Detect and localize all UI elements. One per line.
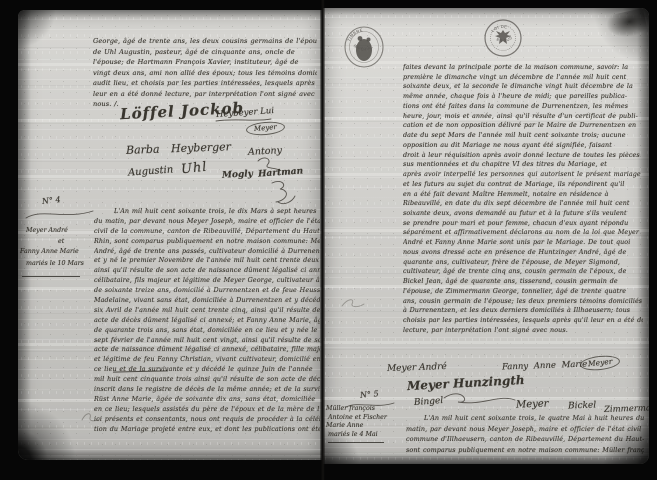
text-line: commune d'Illhaeusern, canton de Ribeauv… [406, 434, 644, 445]
text-line: choisis par les parties intéressées, les… [403, 316, 643, 326]
text-line: en ce lieu; lesquels assistés du père de… [94, 405, 320, 415]
margin-groom-name: Meyer André [26, 227, 68, 234]
text-line: tion du Mariage projeté entre eux, et do… [94, 425, 320, 435]
signature-meyer-paraph-right: Meyer [579, 354, 621, 372]
signature-bingel: Bingel [414, 396, 444, 408]
text-line: ans, cousin germain de l'épouse; les deu… [403, 297, 643, 307]
previous-act-closing: George, âgé de trente ans, les deux cous… [93, 36, 317, 110]
margin-marriage-date: mariés le 4 Mai [328, 431, 378, 438]
margin-marriage-date: mariés le 10 Mars [26, 260, 84, 267]
text-line: George, âgé de trente ans, les deux cous… [93, 36, 317, 47]
text-line: du matin, par devant nous Meyer Joseph, … [94, 217, 320, 227]
signature-augustin: Augustin [128, 164, 174, 178]
binding-crease [320, 0, 325, 480]
marriage-act-4-continuation: faites devant la principale porte de la … [403, 63, 643, 336]
text-line: même année, chaque fois à l'heure de mid… [403, 92, 643, 102]
signature-meyer-andre: Meyer André [387, 362, 447, 374]
hartman-flourish [268, 180, 298, 206]
text-line: séparément et affirmativement déclarons … [403, 228, 643, 238]
signature-barba-heyberger: Barba Heyberger [126, 140, 231, 157]
text-line: soixante deux, avons demandé au futur et… [403, 209, 643, 219]
signature-uhl: Uhl [180, 160, 208, 178]
text-line: quarante ans, cultivateur, frère de l'ép… [403, 258, 643, 268]
register-scan: George, âgé de trente ans, les deux cous… [0, 0, 657, 480]
svg-text:LOI DE: LOI DE [490, 24, 508, 33]
text-line: sont comparus publiquement en notre mais… [406, 445, 644, 456]
text-line: audit lieu, et choisis par les parties i… [93, 78, 317, 89]
right-page: TIMBRE IMPÉRIAL LOI DE EN SUS faites dev… [322, 8, 649, 464]
act-number-swoosh [24, 208, 96, 222]
text-line: Rhin, sont comparus publiquement en notr… [94, 237, 320, 247]
text-line: André, âgé de trente ans passés, cultiva… [94, 247, 320, 257]
text-line: inscrit dans le registre de décès de la … [94, 385, 320, 395]
margin-act-number: N° 4 [42, 195, 61, 206]
text-line: lecture, par interprétation l'ont signé … [403, 326, 643, 336]
text-line: ici présents et consentants, nous ont re… [94, 415, 320, 425]
text-line: acte de naissance dûment légalisé ci ann… [94, 345, 320, 355]
text-line: en a été fait devant Maître Hemmelt, not… [403, 190, 643, 200]
text-line: ce lieu et de la survivante et y décédé … [94, 365, 320, 375]
text-line: célibataire, fils majeur et légitime de … [94, 276, 320, 286]
margin-bride-name: Fanny Anne Marie [20, 248, 79, 255]
corner-ink-smudge [604, 8, 649, 42]
margin-groom-name: Müller françois [326, 405, 375, 412]
text-line: nous avons dressé acte en présence de Hu… [403, 248, 643, 258]
text-line: après avoir interpellé les personnes qui… [403, 170, 643, 180]
text-line: six Avril de l'année mil huit cent trent… [94, 306, 320, 316]
margin-note-rule [22, 276, 80, 277]
pen-curl-mark [340, 296, 366, 310]
text-line: et y né le premier Novembre de l'année m… [94, 256, 320, 266]
text-line: mil huit cent cinquante trois ainsi qu'i… [94, 375, 320, 385]
text-line: tions ont été faites dans la commune de … [403, 102, 643, 112]
marriage-act-5-text: L'An mil huit cent soixante trois, le qu… [406, 413, 644, 455]
text-line: sus mentionnées et du chapitre VI des ti… [403, 160, 643, 170]
text-line: L'An mil huit cent soixante trois, le di… [94, 207, 320, 217]
text-line: droit à leur réquisition après avoir don… [403, 151, 643, 161]
text-line: ainsi qu'il résulte de son acte de naiss… [94, 266, 320, 276]
timbre-imperial-stamp: TIMBRE IMPÉRIAL [344, 26, 384, 68]
text-line: l'épouse; de Hartmann François Xavier, i… [93, 57, 317, 68]
text-line: à Durrenentzen, et les deux derniers dom… [403, 306, 643, 316]
text-line: de quarante trois ans, sans état, domici… [94, 326, 320, 336]
marriage-act-4-text: L'An mil huit cent soixante trois, le di… [94, 207, 320, 434]
margin-act-number: N° 5 [360, 389, 379, 400]
pen-curl-mark [80, 410, 102, 424]
text-line: première le dimanche vingt un décembre d… [403, 73, 643, 83]
text-line: et légitime de feu Fanny Christian, viva… [94, 355, 320, 365]
text-line: cation et de non opposition délivré par … [403, 121, 643, 131]
text-line: cultivateur, âgé de trente cinq ans, cou… [403, 267, 643, 277]
text-line: leur en a été donné lecture, par interpr… [93, 89, 317, 100]
signature-fanny-anne-marie: Fanny Anne Marie [502, 360, 588, 373]
signature-bickel: Bickel [568, 401, 597, 412]
text-line: André et Fanny Anne Marie sont unis par … [403, 238, 643, 248]
text-line: vingt deux ans, ami non allié des époux;… [93, 68, 317, 79]
margin-groom-name-2: Antoine et Fischer [328, 414, 387, 421]
margin-bride-name: Marie Anne [326, 422, 363, 429]
imperial-eagle-stamp: LOI DE EN SUS [484, 19, 522, 57]
text-line: acte de décès dûment légalisé ci annexé;… [94, 316, 320, 326]
text-line: date du sept Mars de l'année mil huit ce… [403, 131, 643, 141]
margin-et: et [58, 238, 64, 245]
text-line: se prendre pour mari et pour femme, chac… [403, 219, 643, 229]
text-line: Madelaine, vivant sans état, domiciliée … [94, 296, 320, 306]
text-line: Ribeauvillé, en date du dix sept décembr… [403, 199, 643, 209]
text-line: Bickel Jean, âgé de quarante ans, tisser… [403, 277, 643, 287]
text-line: l'épouse, de Zimmermann George, tonnelie… [403, 287, 643, 297]
left-page: George, âgé de trente ans, les deux cous… [18, 10, 322, 460]
text-line: Rüst Anne Marie, âgée de soixante dix an… [94, 395, 320, 405]
text-line: civil de la commune, canton de Ribeauvil… [94, 227, 320, 237]
signature-antony: Antony [248, 145, 283, 158]
signature-meyer-3: Meyer [516, 398, 549, 410]
text-line: soixante deux, et la seconde le dimanche… [403, 82, 643, 92]
text-line: heure, jour, mois et année, ainsi qu'il … [403, 112, 643, 122]
text-line: faites devant la principale porte de la … [403, 63, 643, 73]
text-line: sept février de l'année mil huit cent vi… [94, 336, 320, 346]
text-line: et les futurs au sujet du contrat de Mar… [403, 180, 643, 190]
text-line: de Uhl Augustin, pasteur, âgé de cinquan… [93, 47, 317, 58]
signature-hartman: Hartman [258, 166, 304, 179]
signature-mogly: Mogly [222, 169, 253, 181]
hunzingth-flourish [442, 390, 518, 408]
signature-zimmermann: Zimmermann [604, 403, 649, 415]
margin-note-rule [328, 442, 384, 443]
text-line: de soixante treize ans, domicilié à Durr… [94, 286, 320, 296]
text-line: opposition au dit Mariage ne nous ayant … [403, 141, 643, 151]
text-line: matin, par devant nous Meyer Joseph, mai… [406, 424, 644, 435]
